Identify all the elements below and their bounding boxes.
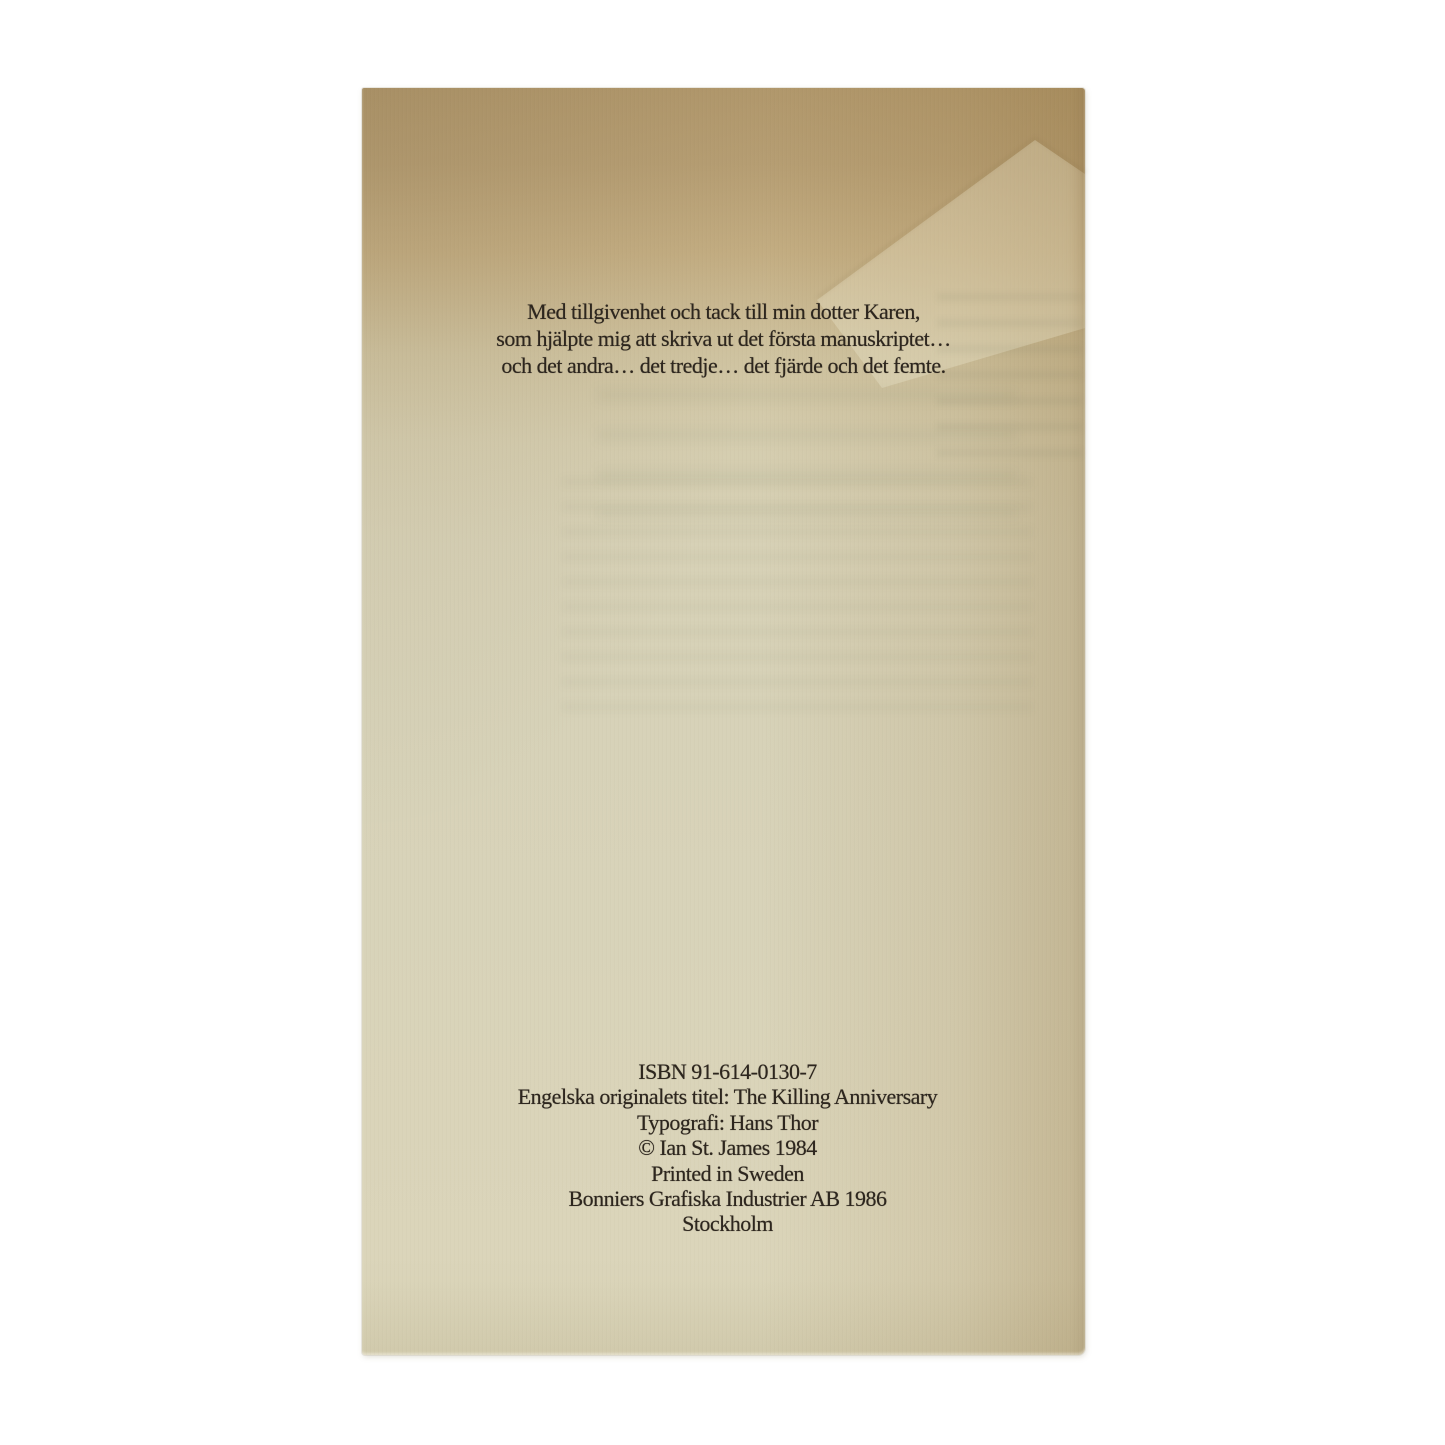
dedication-line-1: Med tillgivenhet och tack till min dotte…	[362, 298, 1085, 325]
colophon-typography: Typografi: Hans Thor	[366, 1110, 1089, 1135]
colophon-original-title: Engelska originalets titel: The Killing …	[366, 1084, 1089, 1109]
dedication-line-3: och det andra… det tredje… det fjärde oc…	[362, 352, 1085, 379]
book-page: Med tillgivenhet och tack till min dotte…	[362, 88, 1085, 1355]
colophon-block: ISBN 91-614-0130-7 Engelska originalets …	[366, 1059, 1089, 1237]
colophon-printed-in: Printed in Sweden	[366, 1161, 1089, 1186]
colophon-copyright: © Ian St. James 1984	[366, 1135, 1089, 1160]
colophon-isbn: ISBN 91-614-0130-7	[366, 1059, 1089, 1084]
dedication-line-2: som hjälpte mig att skriva ut det första…	[362, 325, 1085, 352]
show-through-smudge	[562, 478, 1032, 728]
dedication-block: Med tillgivenhet och tack till min dotte…	[362, 298, 1085, 379]
photo-canvas: Med tillgivenhet och tack till min dotte…	[0, 0, 1445, 1445]
colophon-printer: Bonniers Grafiska Industrier AB 1986	[366, 1186, 1089, 1211]
colophon-city: Stockholm	[366, 1211, 1089, 1236]
